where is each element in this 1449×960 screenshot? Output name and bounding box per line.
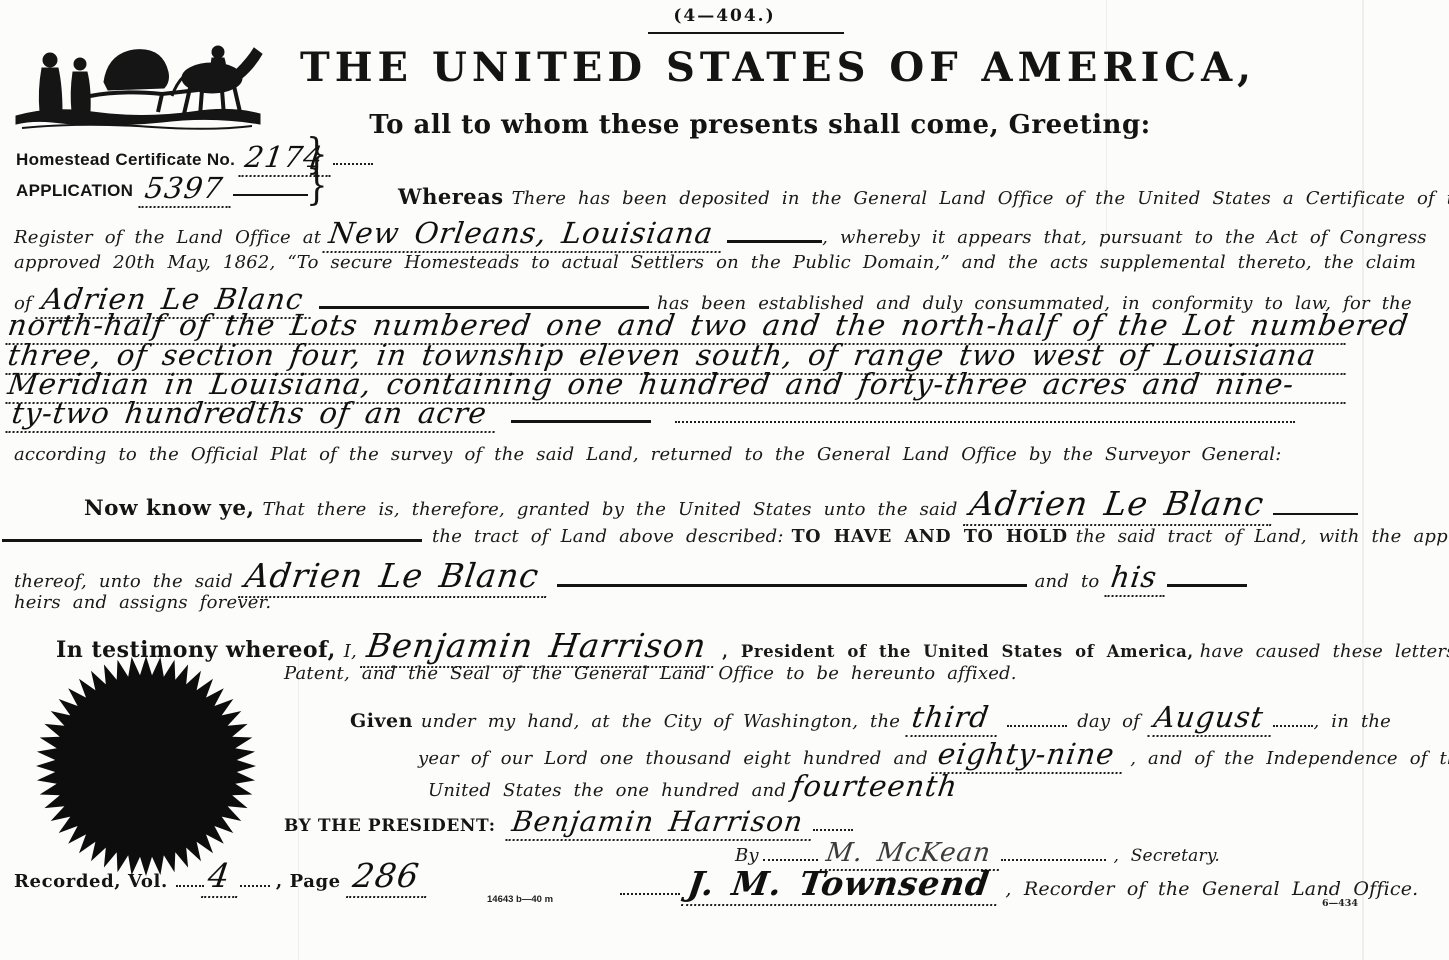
independence-line: United States the one hundred and fourte… — [428, 769, 958, 803]
given-text: under my hand, at the City of Washington… — [421, 711, 900, 732]
president-signature: Benjamin Harrison — [505, 805, 815, 841]
to-have-and-hold: TO HAVE AND TO HOLD — [792, 527, 1068, 547]
document-title: THE UNITED STATES OF AMERICA, — [300, 44, 1220, 91]
plow-scene-vignette-icon — [12, 20, 264, 136]
tract-suffix: the said tract of Land, with the appurte… — [1076, 526, 1449, 547]
in-the-text: , in the — [1313, 711, 1391, 732]
land-office-location: New Orleans, Louisiana — [323, 216, 726, 253]
thereof-grantee-name: Adrien Le Blanc — [238, 556, 552, 598]
application-row: APPLICATION 5397 — [16, 169, 308, 206]
register-line: Register of the Land Office at New Orlea… — [14, 216, 1427, 253]
day-value: third — [906, 700, 1002, 737]
testimony-rest: have caused these letters to be made — [1200, 641, 1449, 662]
month-value: August — [1147, 700, 1276, 737]
form-code: 6—434 — [1322, 898, 1358, 909]
day-of-text: day of — [1077, 711, 1140, 732]
recorder-line: J. M. Townsend , Recorder of the General… — [620, 864, 1418, 906]
brace-bottom: } — [306, 160, 328, 210]
testimony-i: I, — [344, 641, 357, 662]
president-phrase: , President of the United States of Amer… — [722, 642, 1194, 661]
testimony-line: In testimony whereof, I, Benjamin Harris… — [56, 626, 1449, 668]
year-prefix: year of our Lord one thousand eight hund… — [418, 748, 928, 769]
official-plat-line: according to the Official Plat of the su… — [14, 444, 1282, 465]
land-patent-document: (4—404.) — [0, 0, 1449, 960]
independence-value: fourteenth — [790, 769, 961, 803]
act-of-congress-line: approved 20th May, 1862, “To secure Home… — [14, 252, 1354, 273]
given-lead: Given — [350, 710, 413, 732]
recorder-title: , Recorder of the General Land Office. — [1005, 878, 1418, 900]
president-name-inline: Benjamin Harrison — [360, 626, 719, 668]
page-label: , Page — [276, 871, 341, 892]
heirs-line: heirs and assigns forever. — [14, 592, 271, 613]
given-line: Given under my hand, at the City of Wash… — [350, 700, 1391, 737]
recorded-label: Recorded, Vol. — [14, 871, 168, 892]
page-number: 286 — [346, 856, 432, 898]
recorder-signature: J. M. Townsend — [681, 864, 1002, 906]
grantee-name: Adrien Le Blanc — [963, 484, 1277, 526]
thereof-prefix: thereof, unto the said — [14, 571, 233, 592]
application-number: 5397 — [139, 171, 236, 208]
whereas-text: There has been deposited in the General … — [512, 188, 1449, 209]
patent-seal-line: Patent, and the Seal of the General Land… — [284, 663, 1017, 684]
form-number-rule — [648, 32, 844, 34]
by-president-line: BY THE PRESIDENT: Benjamin Harrison — [284, 805, 853, 841]
whereas-line: Whereas There has been deposited in the … — [398, 184, 1449, 209]
tract-prefix: the tract of Land above described: — [432, 526, 784, 547]
now-know-ye-lead: Now know ye, — [84, 496, 255, 521]
to-have-and-hold-line: the tract of Land above described: TO HA… — [2, 526, 1449, 547]
land-description-line-4-text: ty-two hundredths of an acre — [5, 396, 499, 433]
independence-prefix: United States the one hundred and — [428, 780, 786, 801]
recorded-line: Recorded, Vol. 4 , Page 286 — [14, 856, 429, 898]
whereas-lead: Whereas — [398, 184, 504, 209]
general-land-office-seal — [34, 654, 258, 882]
and-to-text: and to — [1035, 571, 1100, 592]
by-president-label: BY THE PRESIDENT: — [284, 816, 496, 836]
greeting-line: To all to whom these presents shall come… — [360, 110, 1160, 140]
register-prefix: Register of the Land Office at — [14, 227, 321, 248]
his-word: his — [1105, 560, 1170, 597]
scan-crease-bottom-left — [298, 640, 299, 960]
homestead-certificate-label: Homestead Certificate No. — [16, 150, 235, 170]
year-value: eighty-nine — [931, 737, 1127, 774]
now-know-ye-line: Now know ye, That there is, therefore, g… — [84, 484, 1358, 526]
application-label: APPLICATION — [16, 181, 133, 201]
year-suffix: , and of the Independence of the — [1130, 748, 1449, 769]
scan-crease-right — [1362, 0, 1364, 960]
now-know-ye-text: That there is, therefore, granted by the… — [263, 499, 958, 520]
print-code: 14643 b—40 m — [487, 894, 553, 905]
register-suffix: , whereby it appears that, pursuant to t… — [822, 227, 1427, 248]
secretary-title: , Secretary. — [1114, 846, 1220, 866]
land-description-line-4: ty-two hundredths of an acre — [8, 396, 1295, 433]
volume-number: 4 — [201, 856, 243, 898]
by-label: By — [735, 845, 759, 866]
